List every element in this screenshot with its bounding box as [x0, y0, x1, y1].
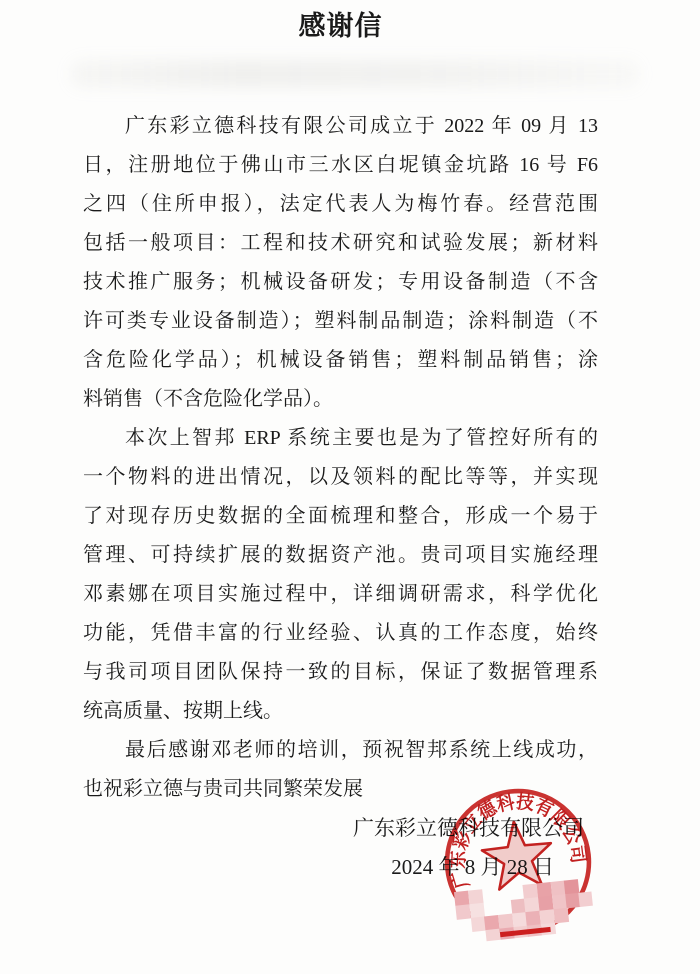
body-line: 最后感谢邓老师的培训，预祝智邦系统上线成功，: [83, 731, 598, 770]
body-line: 料销售（不含危险化学品）。: [83, 380, 598, 419]
letter-body: 广东彩立德科技有限公司成立于 2022 年 09 月 13 日，注册地位于佛山市…: [83, 107, 598, 887]
body-line: 本次上智邦 ERP 系统主要也是为了管控好所有的: [83, 419, 598, 458]
letter-title: 感谢信: [83, 4, 598, 43]
seal-star-icon: [479, 818, 555, 891]
body-line: 邓素娜在项目实施过程中，详细调研需求，科学优化: [83, 575, 598, 614]
body-line: 了对现存历史数据的全面梳理和整合，形成一个易于: [83, 497, 598, 536]
letter-page: 感谢信 广东彩立德科技有限公司成立于 2022 年 09 月 13 日，注册地位…: [0, 0, 700, 974]
body-line: 统高质量、按期上线。: [83, 692, 598, 731]
body-line: 含危险化学品）；机械设备销售；塑料制品销售；涂: [83, 341, 598, 380]
body-line: 日，注册地位于佛山市三水区白坭镇金坑路 16 号 F6: [83, 146, 598, 185]
erased-text-smudge: [70, 60, 640, 88]
body-line: 广东彩立德科技有限公司成立于 2022 年 09 月 13: [83, 107, 598, 146]
pixelated-redaction: [454, 878, 596, 944]
body-line: 之四（住所申报），法定代表人为梅竹春。经营范围: [83, 185, 598, 224]
company-seal-stamp: 广东彩立德科技有限公司: [434, 778, 601, 945]
body-line: 技术推广服务；机械设备研发；专用设备制造（不含: [83, 263, 598, 302]
body-line: 许可类专业设备制造）；塑料制品制造；涂料制造（不: [83, 302, 598, 341]
body-line: 一个物料的进出情况，以及领料的配比等等，并实现: [83, 458, 598, 497]
body-line: 包括一般项目：工程和技术研究和试验发展；新材料: [83, 224, 598, 263]
body-line: 管理、可持续扩展的数据资产池。贵司项目实施经理: [83, 536, 598, 575]
body-line: 与我司项目团队保持一致的目标，保证了数据管理系: [83, 653, 598, 692]
body-line: 功能，凭借丰富的行业经验、认真的工作态度，始终: [83, 614, 598, 653]
